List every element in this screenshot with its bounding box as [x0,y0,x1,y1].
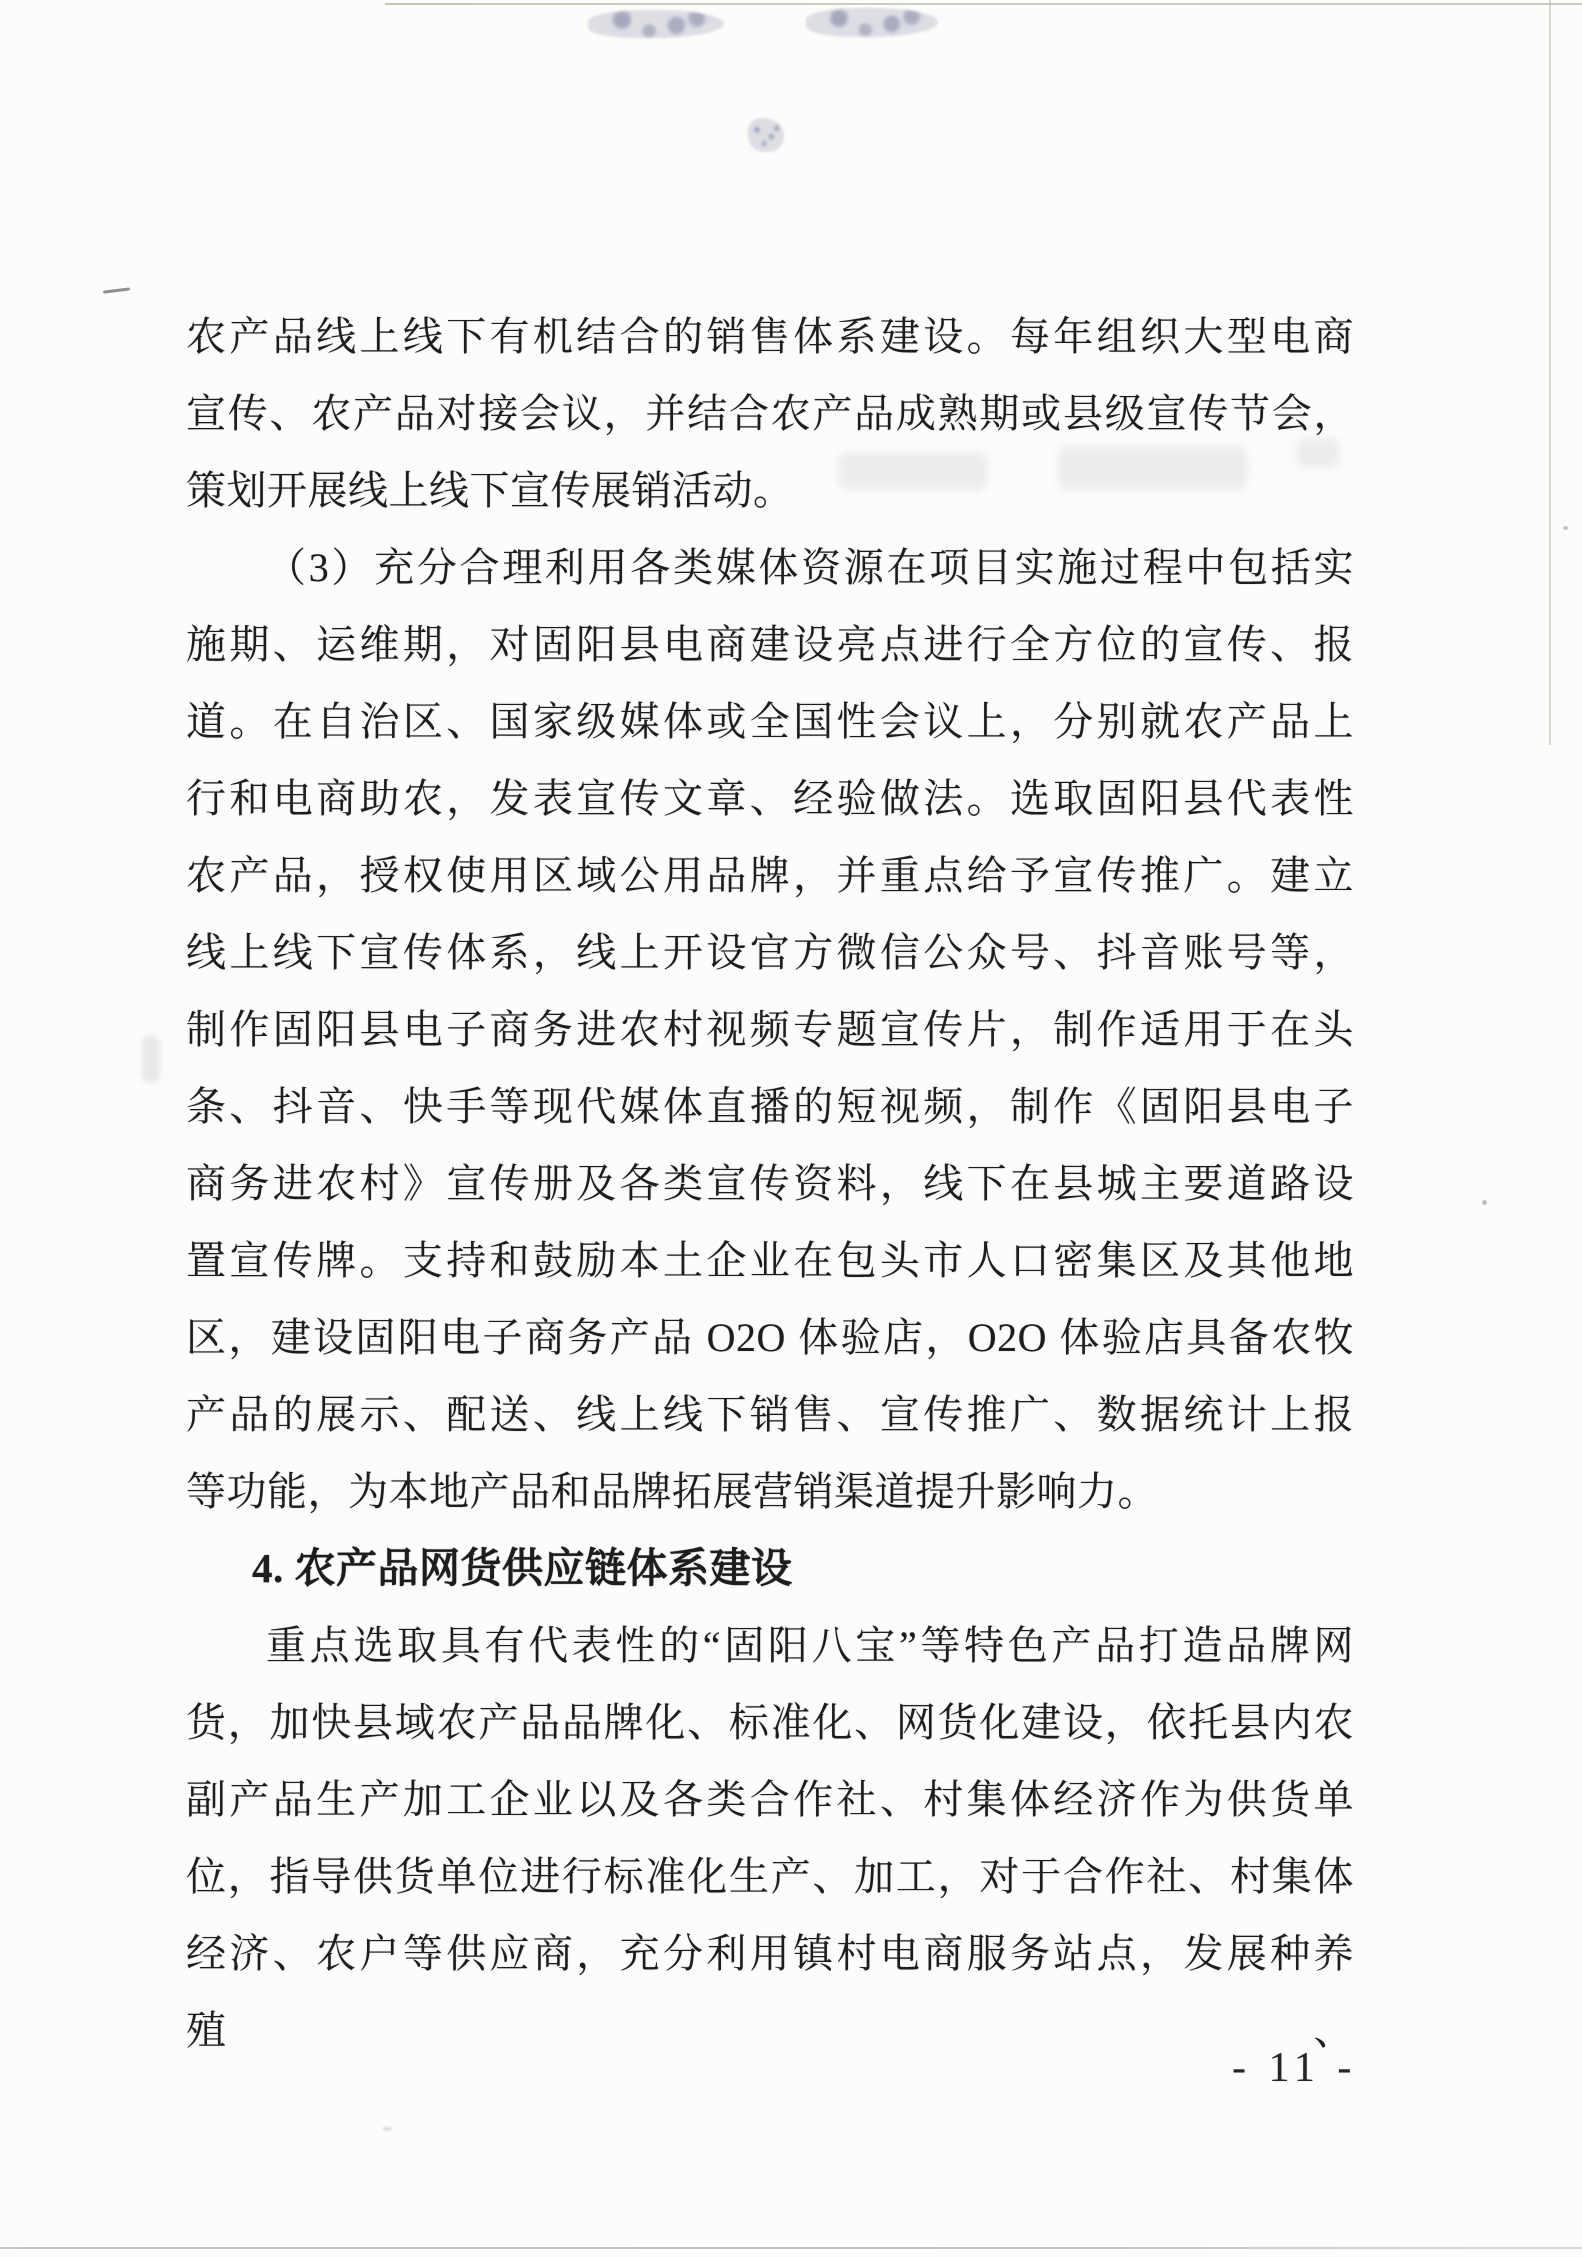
text-line: 重点选取具有代表性的“固阳八宝”等特色产品打造品牌网 [186,1607,1354,1684]
text-line: 道。在自治区、国家级媒体或全国性会议上，分别就农产品上 [186,683,1354,760]
text-line: 4. 农产品网货供应链体系建设 [186,1530,1354,1607]
text-line: 条、抖音、快手等现代媒体直播的短视频，制作《固阳县电子 [186,1068,1354,1145]
scan-speck [1482,1200,1487,1205]
text-line: 宣传、农产品对接会议，并结合农产品成熟期或县级宣传节会， [186,375,1354,452]
text-line: 策划开展线上线下宣传展销活动。 [186,452,1354,529]
ink-smudge [748,118,784,152]
scan-speck [382,2127,392,2131]
text-line: 行和电商助农，发表宣传文章、经验做法。选取固阳县代表性 [186,760,1354,837]
text-line: 农产品，授权使用区域公用品牌，并重点给予宣传推广。建立 [186,837,1354,914]
pen-dash-mark [103,287,130,293]
document-page: 农产品线上线下有机结合的销售体系建设。每年组织大型电商宣传、农产品对接会议，并结… [0,0,1582,2257]
text-line: 产品的展示、配送、线上线下销售、宣传推广、数据统计上报 [186,1376,1354,1453]
text-line: 区，建设固阳电子商务产品 O2O 体验店，O2O 体验店具备农牧 [186,1299,1354,1376]
ink-smudge [588,10,724,38]
text-line: 副产品生产加工企业以及各类合作社、村集体经济作为供货单 [186,1761,1354,1838]
scan-bottom-edge-line [0,2247,1582,2249]
text-line: 位，指导供货单位进行标准化生产、加工，对于合作社、村集体 [186,1838,1354,1915]
scan-right-edge-line [1549,0,1551,745]
text-line: 线上线下宣传体系，线上开设官方微信公众号、抖音账号等， [186,914,1354,991]
text-line: （3）充分合理利用各类媒体资源在项目实施过程中包括实 [186,529,1354,606]
scan-top-edge-line [385,3,1582,5]
text-line: 置宣传牌。支持和鼓励本土企业在包头市人口密集区及其他地 [186,1222,1354,1299]
page-number: - 11 - [1232,2044,1357,2092]
section-heading: 4. 农产品网货供应链体系建设 [186,1530,1354,1607]
text-line: 制作固阳县电子商务进农村视频专题宣传片，制作适用于在头 [186,991,1354,1068]
paragraph: 农产品线上线下有机结合的销售体系建设。每年组织大型电商宣传、农产品对接会议，并结… [186,298,1354,529]
text-line: 经济、农户等供应商，充分利用镇村电商服务站点，发展种养殖、 [186,1915,1354,1992]
scan-speck [1563,526,1568,530]
text-line: 农产品线上线下有机结合的销售体系建设。每年组织大型电商 [186,298,1354,375]
text-line: 等功能，为本地产品和品牌拓展营销渠道提升影响力。 [186,1453,1354,1530]
text-line: 商务进农村》宣传册及各类宣传资料，线下在县城主要道路设 [186,1145,1354,1222]
text-line: 施期、运维期，对固阳县电商建设亮点进行全方位的宣传、报 [186,606,1354,683]
paragraph: 重点选取具有代表性的“固阳八宝”等特色产品打造品牌网货，加快县域农产品品牌化、标… [186,1607,1354,1992]
margin-smear-mark [142,1035,160,1083]
text-line: 货，加快县域农产品品牌化、标准化、网货化建设，依托县内农 [186,1684,1354,1761]
document-body: 农产品线上线下有机结合的销售体系建设。每年组织大型电商宣传、农产品对接会议，并结… [186,298,1354,1992]
ink-smudge [806,8,938,37]
paragraph: （3）充分合理利用各类媒体资源在项目实施过程中包括实施期、运维期，对固阳县电商建… [186,529,1354,1530]
